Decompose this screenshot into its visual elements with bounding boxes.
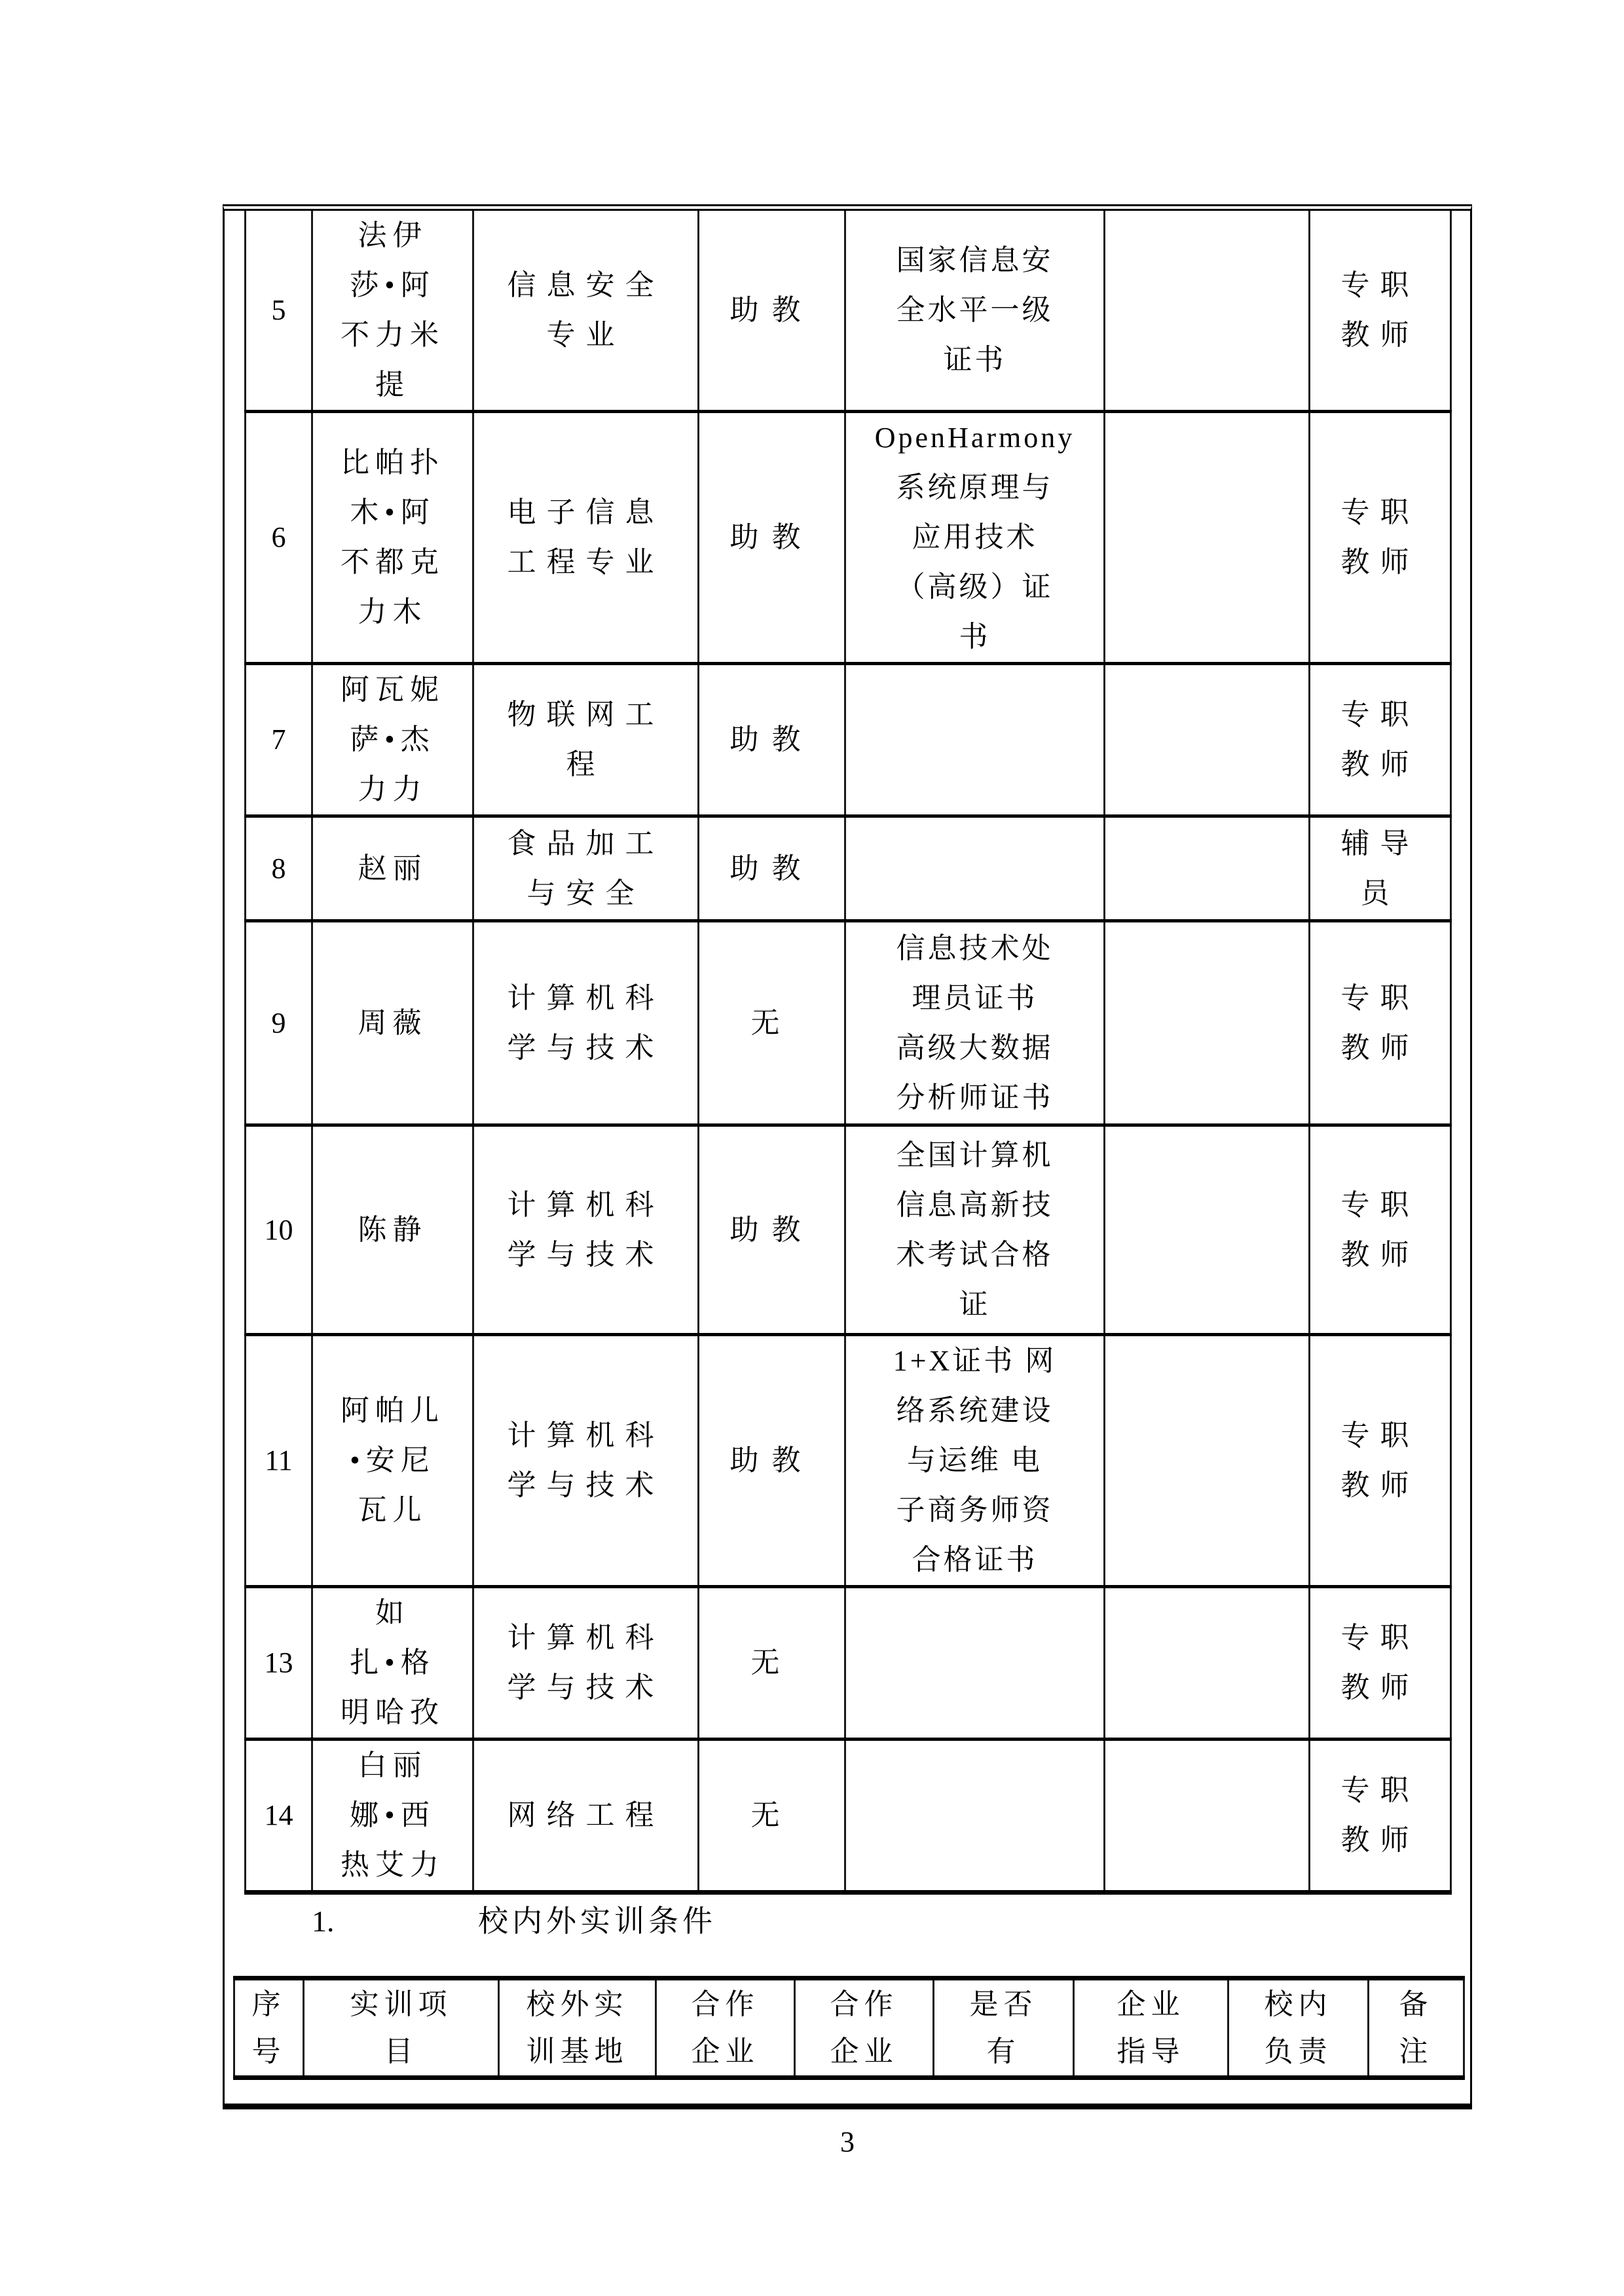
training-header-project: 实训项 目 bbox=[304, 1978, 499, 2078]
certificate-cell bbox=[845, 1740, 1105, 1893]
title-cell: 无 bbox=[699, 921, 845, 1125]
name-cell: 如 扎•格 明哈孜 bbox=[312, 1587, 473, 1740]
role-cell: 专职 教师 bbox=[1310, 664, 1451, 816]
title-cell: 无 bbox=[699, 1740, 845, 1893]
certificate-cell bbox=[845, 816, 1105, 921]
major-cell: 网络工程 bbox=[473, 1740, 699, 1893]
serial-cell: 14 bbox=[246, 1740, 312, 1893]
empty-cell bbox=[1105, 1740, 1310, 1893]
role-cell: 专职 教师 bbox=[1310, 1740, 1451, 1893]
name-cell: 阿瓦妮 萨•杰 力力 bbox=[312, 664, 473, 816]
serial-cell: 8 bbox=[246, 816, 312, 921]
teacher-row: 5 法伊 莎•阿 不力米 提 信息安全 专业 助教 国家信息安 全水平一级 证书… bbox=[246, 211, 1451, 412]
training-header-serial: 序 号 bbox=[234, 1978, 304, 2078]
major-cell: 食品加工 与安全 bbox=[473, 816, 699, 921]
certificate-cell: OpenHarmony 系统原理与 应用技术 （高级）证 书 bbox=[845, 412, 1105, 664]
training-table: 序 号 实训项 目 校外实 训基地 合作 企业 合作 企业 是否 有 企业 指导… bbox=[233, 1976, 1465, 2080]
major-cell: 电子信息 工程专业 bbox=[473, 412, 699, 664]
title-cell: 助教 bbox=[699, 412, 845, 664]
major-cell: 信息安全 专业 bbox=[473, 211, 699, 412]
section-heading: 1.校内外实训条件 bbox=[312, 1897, 716, 1941]
role-cell: 专职 教师 bbox=[1310, 1335, 1451, 1587]
page-number: 3 bbox=[223, 2125, 1472, 2159]
empty-cell bbox=[1105, 412, 1310, 664]
name-cell: 法伊 莎•阿 不力米 提 bbox=[312, 211, 473, 412]
serial-cell: 7 bbox=[246, 664, 312, 816]
teacher-row: 13 如 扎•格 明哈孜 计算机科 学与技术 无 专职 教师 bbox=[246, 1587, 1451, 1740]
certificate-cell: 全国计算机 信息高新技 术考试合格 证 bbox=[845, 1125, 1105, 1335]
title-cell: 无 bbox=[699, 1587, 845, 1740]
role-cell: 专职 教师 bbox=[1310, 1587, 1451, 1740]
training-header-school: 校内 负责 bbox=[1228, 1978, 1369, 2078]
heading-number: 1. bbox=[312, 1904, 478, 1939]
role-cell: 辅导 员 bbox=[1310, 816, 1451, 921]
empty-cell bbox=[1105, 1125, 1310, 1335]
training-header-row: 序 号 实训项 目 校外实 训基地 合作 企业 合作 企业 是否 有 企业 指导… bbox=[234, 1978, 1464, 2078]
role-cell: 专职 教师 bbox=[1310, 921, 1451, 1125]
serial-cell: 6 bbox=[246, 412, 312, 664]
major-cell: 物联网工 程 bbox=[473, 664, 699, 816]
teacher-row: 7 阿瓦妮 萨•杰 力力 物联网工 程 助教 专职 教师 bbox=[246, 664, 1451, 816]
empty-cell bbox=[1105, 1335, 1310, 1587]
serial-cell: 10 bbox=[246, 1125, 312, 1335]
title-cell: 助教 bbox=[699, 816, 845, 921]
training-header-base: 校外实 训基地 bbox=[499, 1978, 656, 2078]
empty-cell bbox=[1105, 211, 1310, 412]
serial-cell: 13 bbox=[246, 1587, 312, 1740]
training-header-remark: 备 注 bbox=[1369, 1978, 1464, 2078]
training-header-enterprise: 企业 指导 bbox=[1074, 1978, 1228, 2078]
serial-cell: 5 bbox=[246, 211, 312, 412]
name-cell: 周薇 bbox=[312, 921, 473, 1125]
teacher-table: 5 法伊 莎•阿 不力米 提 信息安全 专业 助教 国家信息安 全水平一级 证书… bbox=[244, 211, 1452, 1895]
teacher-row: 9 周薇 计算机科 学与技术 无 信息技术处 理员证书 高级大数据 分析师证书 … bbox=[246, 921, 1451, 1125]
training-header-whether: 是否 有 bbox=[934, 1978, 1074, 2078]
major-cell: 计算机科 学与技术 bbox=[473, 921, 699, 1125]
teacher-row: 11 阿帕儿 •安尼 瓦儿 计算机科 学与技术 助教 1+X证书 网 络系统建设… bbox=[246, 1335, 1451, 1587]
teacher-row: 10 陈静 计算机科 学与技术 助教 全国计算机 信息高新技 术考试合格 证 专… bbox=[246, 1125, 1451, 1335]
training-header-partner-1: 合作 企业 bbox=[656, 1978, 795, 2078]
title-cell: 助教 bbox=[699, 1335, 845, 1587]
role-cell: 专职 教师 bbox=[1310, 412, 1451, 664]
title-cell: 助教 bbox=[699, 1125, 845, 1335]
name-cell: 白丽 娜•西 热艾力 bbox=[312, 1740, 473, 1893]
certificate-cell: 国家信息安 全水平一级 证书 bbox=[845, 211, 1105, 412]
certificate-cell bbox=[845, 1587, 1105, 1740]
name-cell: 赵丽 bbox=[312, 816, 473, 921]
name-cell: 阿帕儿 •安尼 瓦儿 bbox=[312, 1335, 473, 1587]
serial-cell: 11 bbox=[246, 1335, 312, 1587]
empty-cell bbox=[1105, 1587, 1310, 1740]
training-header-partner-2: 合作 企业 bbox=[795, 1978, 934, 2078]
teacher-row: 14 白丽 娜•西 热艾力 网络工程 无 专职 教师 bbox=[246, 1740, 1451, 1893]
major-cell: 计算机科 学与技术 bbox=[473, 1335, 699, 1587]
title-cell: 助教 bbox=[699, 211, 845, 412]
major-cell: 计算机科 学与技术 bbox=[473, 1587, 699, 1740]
role-cell: 专职 教师 bbox=[1310, 1125, 1451, 1335]
certificate-cell bbox=[845, 664, 1105, 816]
serial-cell: 9 bbox=[246, 921, 312, 1125]
role-cell: 专职 教师 bbox=[1310, 211, 1451, 412]
title-cell: 助教 bbox=[699, 664, 845, 816]
name-cell: 比帕扑 木•阿 不都克 力木 bbox=[312, 412, 473, 664]
teacher-row: 6 比帕扑 木•阿 不都克 力木 电子信息 工程专业 助教 OpenHarmon… bbox=[246, 412, 1451, 664]
form-frame: 5 法伊 莎•阿 不力米 提 信息安全 专业 助教 国家信息安 全水平一级 证书… bbox=[223, 204, 1472, 2109]
empty-cell bbox=[1105, 921, 1310, 1125]
empty-cell bbox=[1105, 664, 1310, 816]
certificate-cell: 信息技术处 理员证书 高级大数据 分析师证书 bbox=[845, 921, 1105, 1125]
certificate-cell: 1+X证书 网 络系统建设 与运维 电 子商务师资 合格证书 bbox=[845, 1335, 1105, 1587]
teacher-row: 8 赵丽 食品加工 与安全 助教 辅导 员 bbox=[246, 816, 1451, 921]
major-cell: 计算机科 学与技术 bbox=[473, 1125, 699, 1335]
heading-text: 校内外实训条件 bbox=[478, 1904, 716, 1938]
empty-cell bbox=[1105, 816, 1310, 921]
name-cell: 陈静 bbox=[312, 1125, 473, 1335]
